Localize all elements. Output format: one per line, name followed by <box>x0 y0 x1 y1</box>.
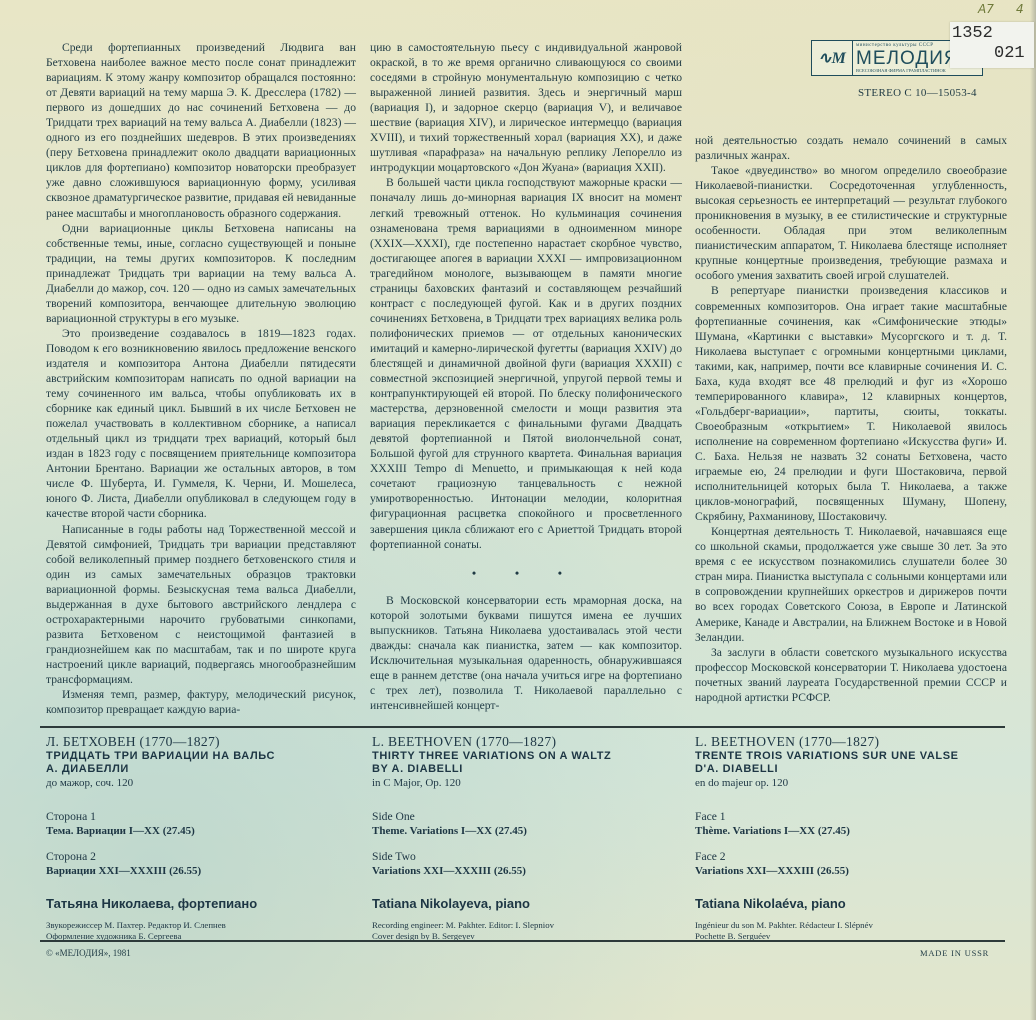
paragraph: Концертная деятельность Т. Николаевой, н… <box>695 524 1007 644</box>
side-1-label: Side One <box>372 810 682 824</box>
staff-credits: Recording engineer: M. Pakhter. Editor: … <box>372 920 682 941</box>
paragraph: За заслуги в области советского музыкаль… <box>695 645 1007 705</box>
side-1-track: Thème. Variations I—XX (27.45) <box>695 824 1015 838</box>
side-1-track: Theme. Variations I—XX (27.45) <box>372 824 682 838</box>
paragraph: ной деятельностью создать немало сочинен… <box>695 133 1007 163</box>
side-2-track: Variations XXI—XXXIII (26.55) <box>372 864 682 878</box>
credits-french: L. BEETHOVEN (1770—1827) TRENTE TROIS VA… <box>695 734 1015 941</box>
paragraph: Такое «двуединство» во многом определило… <box>695 163 1007 283</box>
work-title-line-1: THIRTY THREE VARIATIONS ON A WALTZ <box>372 750 682 763</box>
copyright: © «МЕЛОДИЯ», 1981 <box>46 948 131 958</box>
liner-notes-column-1: Среди фортепианных произведений Людвига … <box>46 40 356 717</box>
composer: Л. БЕТХОВЕН (1770—1827) <box>46 734 356 750</box>
side-2-track: Вариации XXI—XXXIII (26.55) <box>46 864 356 878</box>
divider-bottom <box>40 940 1005 942</box>
liner-notes-column-2: цию в самостоятельную пьесу с индивидуал… <box>370 40 682 713</box>
performer: Татьяна Николаева, фортепиано <box>46 896 356 911</box>
work-key: до мажор, соч. 120 <box>46 776 356 790</box>
section-separator: • • • <box>370 566 682 581</box>
work-title-line-2: А. ДИАБЕЛЛИ <box>46 763 356 776</box>
record-sleeve-back: ∿М министерство культуры СССР МЕЛОДИЯ ВС… <box>0 0 1036 1020</box>
staff-line-1: Ingénieur du son M. Pakhter. Rédacteur I… <box>695 920 1015 931</box>
paragraph: В Московской консерватории есть мраморна… <box>370 593 682 713</box>
side-2-track: Variations XXI—XXXIII (26.55) <box>695 864 1015 878</box>
side-2-label: Face 2 <box>695 850 1015 864</box>
paragraph: В большей части цикла господствуют мажор… <box>370 175 682 551</box>
logo-sub-text: ВСЕСОЮЗНАЯ ФИРМА ГРАМПЛАСТИНОК <box>856 68 982 73</box>
staff-line-1: Recording engineer: M. Pakhter. Editor: … <box>372 920 682 931</box>
work-key: en do majeur op. 120 <box>695 776 1015 790</box>
side-1-label: Сторона 1 <box>46 810 356 824</box>
side-1-label: Face 1 <box>695 810 1015 824</box>
side-2-label: Side Two <box>372 850 682 864</box>
catalog-number: STEREO С 10—15053-4 <box>858 87 977 99</box>
paragraph: Это произведение создавалось в 1819—1823… <box>46 326 356 522</box>
liner-notes-column-3: ной деятельностью создать немало сочинен… <box>695 133 1007 705</box>
credits-english: L. BEETHOVEN (1770—1827) THIRTY THREE VA… <box>372 734 682 941</box>
work-title-line-2: D'A. DIABELLI <box>695 763 1015 776</box>
sleeve-edge <box>1030 0 1036 1020</box>
paragraph: Среди фортепианных произведений Людвига … <box>46 40 356 221</box>
inventory-sticker: 1352 021 <box>950 22 1034 68</box>
paragraph: цию в самостоятельную пьесу с индивидуал… <box>370 40 682 175</box>
pencil-mark-2: 4 <box>1016 2 1024 16</box>
melodiya-emblem-icon: ∿М <box>812 41 853 75</box>
composer: L. BEETHOVEN (1770—1827) <box>372 734 682 750</box>
side-2-label: Сторона 2 <box>46 850 356 864</box>
side-1-track: Тема. Вариации I—XX (27.45) <box>46 824 356 838</box>
made-in-label: MADE IN USSR <box>920 948 989 958</box>
work-key: in C Major, Op. 120 <box>372 776 682 790</box>
paragraph: В репертуаре пианистки произведения клас… <box>695 283 1007 524</box>
performer: Tatiana Nikolaéva, piano <box>695 896 1015 911</box>
paragraph: Изменяя темп, размер, фактуру, мелодичес… <box>46 687 356 717</box>
composer: L. BEETHOVEN (1770—1827) <box>695 734 1015 750</box>
staff-credits: Звукорежиссер М. Пахтер. Редактор И. Сле… <box>46 920 356 941</box>
work-title-line-1: ТРИДЦАТЬ ТРИ ВАРИАЦИИ НА ВАЛЬС <box>46 750 356 763</box>
staff-line-1: Звукорежиссер М. Пахтер. Редактор И. Сле… <box>46 920 356 931</box>
staff-credits: Ingénieur du son M. Pakhter. Rédacteur I… <box>695 920 1015 941</box>
sticker-line-1: 1352 <box>952 25 993 42</box>
work-title-line-1: TRENTE TROIS VARIATIONS SUR UNE VALSE <box>695 750 1015 763</box>
sticker-line-2: 021 <box>994 45 1025 62</box>
divider-top <box>40 726 1005 728</box>
credits-russian: Л. БЕТХОВЕН (1770—1827) ТРИДЦАТЬ ТРИ ВАР… <box>46 734 356 941</box>
pencil-mark-1: А7 <box>978 2 994 16</box>
paragraph: Одни вариационные циклы Бетховена написа… <box>46 221 356 326</box>
work-title-line-2: BY A. DIABELLI <box>372 763 682 776</box>
paragraph: Написанные в годы работы над Торжественн… <box>46 522 356 688</box>
performer: Tatiana Nikolayeva, piano <box>372 896 682 911</box>
